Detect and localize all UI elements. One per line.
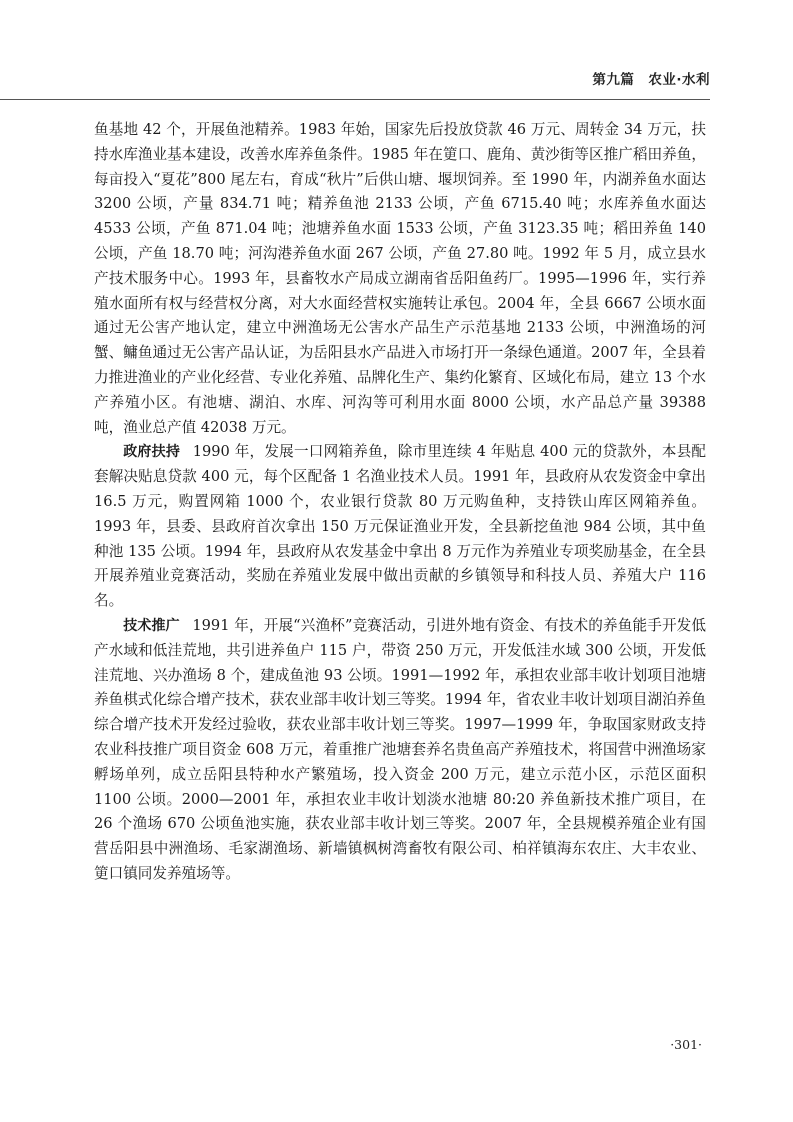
paragraph-text: 鱼基地 42 个，开展鱼池精养。1983 年始，国家先后投放贷款 46 万元、周… <box>94 121 706 436</box>
page-number: ·301· <box>670 1037 702 1052</box>
header-rule <box>0 99 710 100</box>
paragraph-aquaculture-history: 鱼基地 42 个，开展鱼池精养。1983 年始，国家先后投放贷款 46 万元、周… <box>94 118 706 440</box>
running-header: 第九篇 农业·水利 <box>0 0 710 100</box>
section-title: 第九篇 农业·水利 <box>592 68 710 88</box>
paragraph-government-support: 政府扶持1990 年，发展一口网箱养鱼，除市里连续 4 年贴息 400 元的贷款… <box>94 440 706 614</box>
paragraph-heading: 政府扶持 <box>123 444 180 460</box>
paragraph-heading: 技术推广 <box>123 618 180 634</box>
paragraph-text: 1990 年，发展一口网箱养鱼，除市里连续 4 年贴息 400 元的贷款外，本县… <box>94 443 706 609</box>
paragraph-technology-promotion: 技术推广1991 年，开展“兴渔杯”竞赛活动，引进外地有资金、有技术的养鱼能手开… <box>94 614 706 887</box>
paragraph-text: 1991 年，开展“兴渔杯”竞赛活动，引进外地有资金、有技术的养鱼能手开发低产水… <box>94 617 706 882</box>
body-text: 鱼基地 42 个，开展鱼池精养。1983 年始，国家先后投放贷款 46 万元、周… <box>94 118 706 887</box>
